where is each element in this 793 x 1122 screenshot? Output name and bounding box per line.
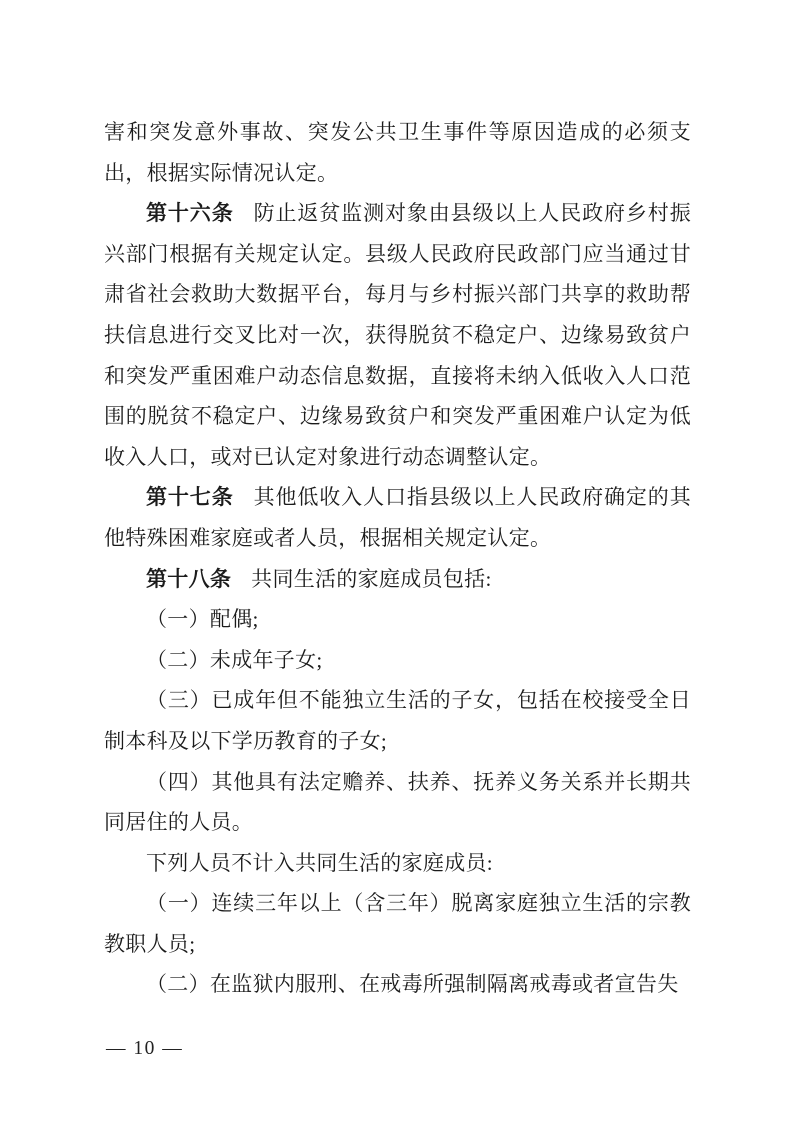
document-page: 害和突发意外事故、突发公共卫生事件等原因造成的必须支出，根据实际情况认定。 第十…	[0, 0, 793, 1122]
paragraph-text: 下列人员不计入共同生活的家庭成员:	[146, 851, 493, 875]
paragraph-text: （三）已成年但不能独立生活的子女，包括在校接受全日制本科及以下学历教育的子女;	[104, 688, 691, 753]
family-member-item-4: （四）其他具有法定赡养、扶养、抚养义务关系并长期共同居住的人员。	[104, 762, 691, 843]
paragraph-text: 防止返贫监测对象由县级以上人民政府乡村振兴部门根据有关规定认定。县级人民政府民政…	[104, 201, 691, 469]
article-number: 第十七条	[146, 485, 234, 509]
paragraph-article-18: 第十八条共同生活的家庭成员包括:	[104, 559, 691, 600]
page-footer: — 10 —	[106, 1038, 183, 1060]
family-member-item-1: （一）配偶;	[104, 599, 691, 640]
paragraph-text: （二）未成年子女;	[146, 648, 323, 672]
family-member-item-3: （三）已成年但不能独立生活的子女，包括在校接受全日制本科及以下学历教育的子女;	[104, 680, 691, 761]
paragraph-continuation: 害和突发意外事故、突发公共卫生事件等原因造成的必须支出，根据实际情况认定。	[104, 112, 691, 193]
exclusion-item-2: （二）在监狱内服刑、在戒毒所强制隔离戒毒或者宣告失	[104, 964, 691, 1005]
article-number: 第十六条	[146, 201, 234, 225]
document-body: 害和突发意外事故、突发公共卫生事件等原因造成的必须支出，根据实际情况认定。 第十…	[104, 0, 691, 1005]
family-member-item-2: （二）未成年子女;	[104, 640, 691, 681]
paragraph-article-16: 第十六条防止返贫监测对象由县级以上人民政府乡村振兴部门根据有关规定认定。县级人民…	[104, 193, 691, 477]
paragraph-article-17: 第十七条其他低收入人口指县级以上人民政府确定的其他特殊困难家庭或者人员，根据相关…	[104, 477, 691, 558]
paragraph-text: （二）在监狱内服刑、在戒毒所强制隔离戒毒或者宣告失	[146, 972, 679, 996]
article-number: 第十八条	[146, 567, 231, 591]
paragraph-text: 共同生活的家庭成员包括:	[251, 567, 491, 591]
exclusion-item-1: （一）连续三年以上（含三年）脱离家庭独立生活的宗教教职人员;	[104, 883, 691, 964]
page-number: — 10 —	[106, 1038, 183, 1059]
paragraph-text: （四）其他具有法定赡养、扶养、抚养义务关系并长期共同居住的人员。	[104, 770, 691, 835]
paragraph-text: （一）连续三年以上（含三年）脱离家庭独立生活的宗教教职人员;	[104, 891, 691, 956]
paragraph-text: 害和突发意外事故、突发公共卫生事件等原因造成的必须支出，根据实际情况认定。	[104, 120, 691, 185]
paragraph-text: （一）配偶;	[146, 607, 259, 631]
paragraph-exclusion-lead: 下列人员不计入共同生活的家庭成员:	[104, 843, 691, 884]
